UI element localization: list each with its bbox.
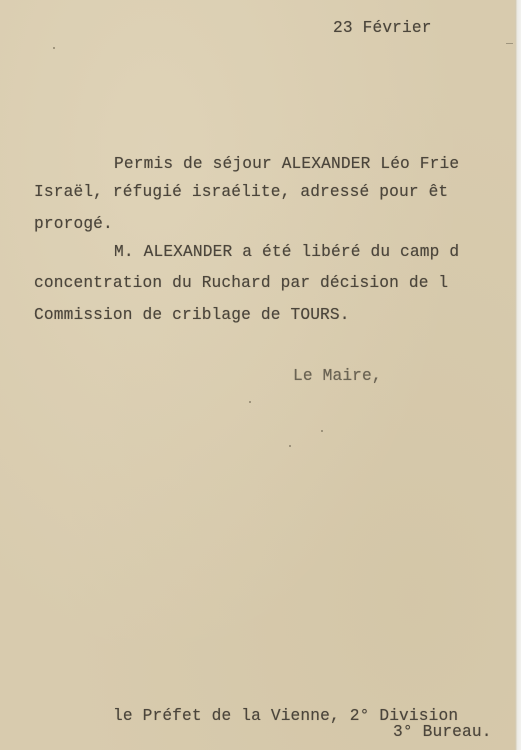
body-line-5: concentration du Ruchard par décision de… (34, 274, 448, 292)
body-line-3: prorogé. (34, 215, 113, 233)
paper-speck (249, 401, 251, 403)
signature: Le Maire, (293, 367, 382, 385)
body-line-6: Commission de criblage de TOURS. (34, 306, 350, 324)
body-line-4: M. ALEXANDER a été libéré du camp d (114, 243, 459, 261)
document-date: 23 Février (333, 19, 432, 37)
paper-speck (321, 430, 323, 432)
paper-mark (506, 43, 513, 44)
paper-speck (289, 445, 291, 447)
paper-edge (515, 0, 521, 750)
document-page: 23 Février Permis de séjour ALEXANDER Lé… (0, 0, 516, 750)
body-line-1: Permis de séjour ALEXANDER Léo Frie (114, 155, 459, 173)
paper-speck (53, 47, 55, 49)
body-line-2: Israël, réfugié israélite, adressé pour … (34, 183, 448, 201)
addressee-line-2: 3° Bureau. (393, 723, 492, 741)
